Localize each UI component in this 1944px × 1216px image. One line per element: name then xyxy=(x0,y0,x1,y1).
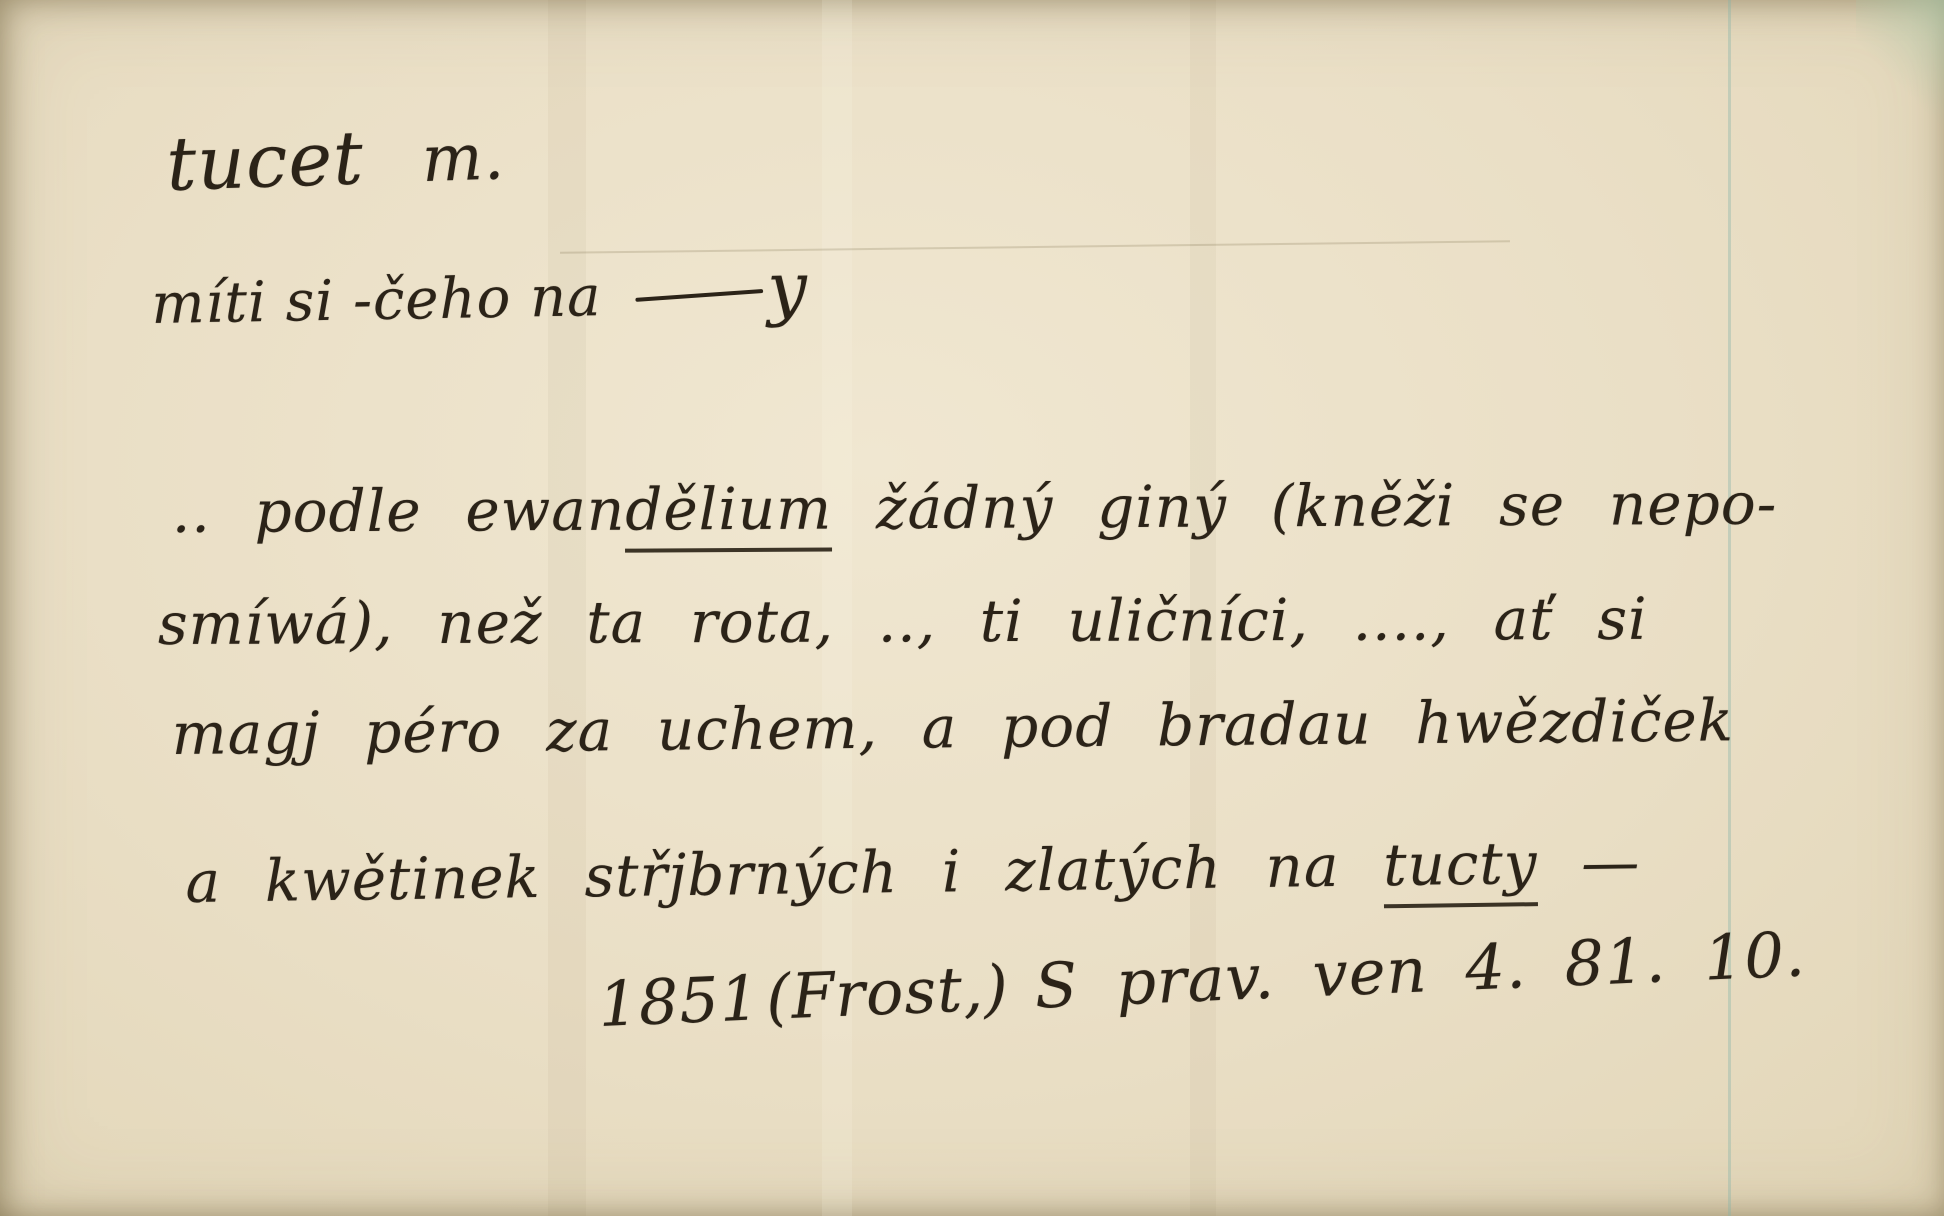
quote-line-4: a kwětinek střjbrných i zlatých na tucty… xyxy=(185,828,1641,916)
quote-text: magj péro za uchem, a pod bradau hwězdič… xyxy=(171,686,1734,768)
quote-text: smíwá), než ta rota, .., ti uličníci, ..… xyxy=(158,585,1648,658)
underlined-word: dělium xyxy=(625,475,832,553)
quote-text: žádný giný (kněži se nepo- xyxy=(832,470,1777,543)
usage-phrase: míti si -čeho na xyxy=(151,264,602,337)
headword-line: tucetm. xyxy=(165,110,506,208)
source-author: (Frost,) xyxy=(765,951,1011,1034)
quote-text: — xyxy=(1537,828,1641,897)
headword: tucet xyxy=(165,115,365,208)
usage-line: míti si -čeho nay xyxy=(151,247,809,340)
quote-line-2: smíwá), než ta rota, .., ti uličníci, ..… xyxy=(158,585,1648,658)
gender-abbreviation: m. xyxy=(421,120,507,197)
margin-rule-line xyxy=(1728,0,1731,1216)
usage-suffix: y xyxy=(767,247,809,330)
quote-line-1: .. podle ewandělium žádný giný (kněži se… xyxy=(172,470,1778,546)
quote-text: .. podle ewan xyxy=(172,476,626,546)
source-reference: S prav. ven 4. 81. 10. xyxy=(1033,917,1807,1022)
quote-line-3: magj péro za uchem, a pod bradau hwězdič… xyxy=(171,686,1734,768)
source-year: 1851 xyxy=(597,961,762,1041)
underlined-word: tucty xyxy=(1383,829,1538,908)
corner-tint xyxy=(1856,0,1944,150)
scanned-card: tucetm. míti si -čeho nay .. podle ewand… xyxy=(0,0,1944,1216)
dash-stroke xyxy=(635,289,763,302)
